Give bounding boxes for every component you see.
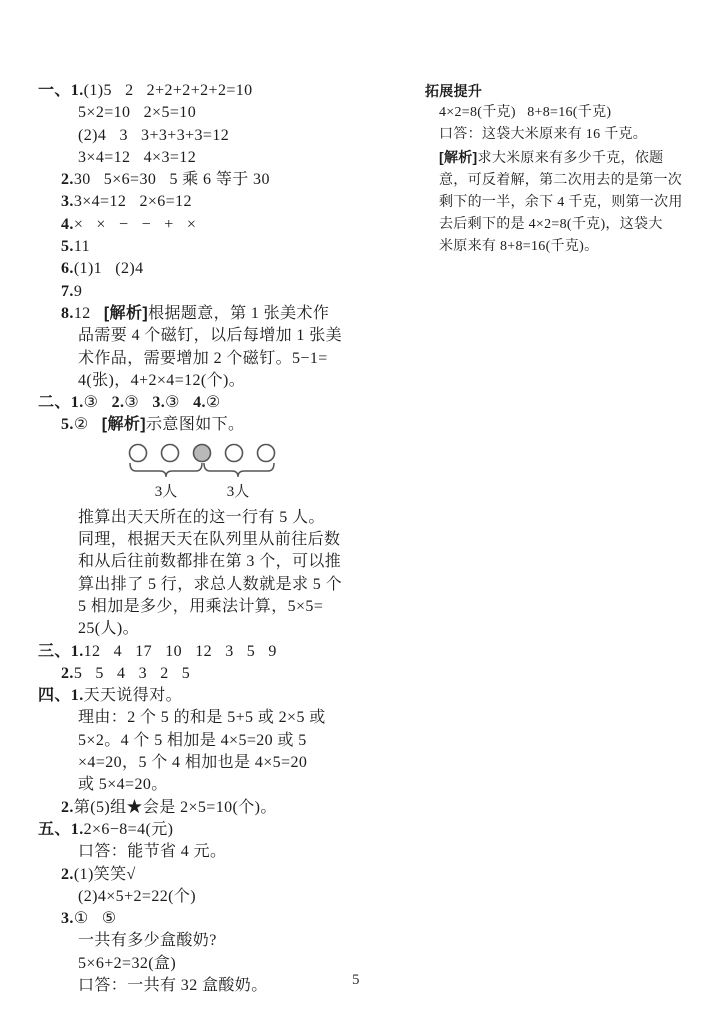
text-segment: (1)笑笑√ bbox=[74, 866, 136, 883]
text-line: 2.第(5)组★会是 2×5=10(个)。 bbox=[38, 797, 400, 819]
text-segment: 4(张)，4+2×4=12(个)。 bbox=[78, 372, 245, 389]
text-segment: 理由：2 个 5 的和是 5+5 或 2×5 或 bbox=[78, 709, 326, 726]
text-segment: 5×6+2=32(盒) bbox=[78, 955, 176, 972]
right-lines: 4×2=8(千克) 8+8=16(千克)口答：这袋大米原来有 16 千克。[解析… bbox=[425, 102, 709, 258]
text-line: 2.5 5 4 3 2 5 bbox=[38, 663, 400, 685]
text-segment: 求大米原来有多少千克，依题 bbox=[478, 151, 664, 166]
text-line: 2.(1)笑笑√ bbox=[38, 864, 400, 886]
text-segment: 2×6−8=4(元) bbox=[84, 821, 174, 838]
text-line: 一共有多少盒酸奶? bbox=[38, 930, 400, 952]
text-segment: ② bbox=[206, 394, 221, 411]
text-line: 4(张)，4+2×4=12(个)。 bbox=[38, 370, 400, 392]
text-line: 理由：2 个 5 的和是 5+5 或 2×5 或 bbox=[38, 707, 400, 729]
text-line: 二、1.③ 2.③ 3.③ 4.② bbox=[38, 392, 400, 414]
text-segment: 12 bbox=[74, 305, 104, 322]
text-segment: 去后剩下的是 4×2=8(千克)，这袋大 bbox=[439, 217, 663, 232]
text-line: 5×2=10 2×5=10 bbox=[38, 102, 400, 124]
text-segment: 四、1. bbox=[38, 687, 84, 704]
text-segment: 口答：一共有 32 盒酸奶。 bbox=[78, 977, 268, 994]
text-line: (2)4 3 3+3+3+3=12 bbox=[38, 125, 400, 147]
text-segment: 5 5 4 3 2 5 bbox=[74, 665, 190, 682]
text-segment: 5 相加是多少，用乘法计算，5×5= bbox=[78, 598, 323, 615]
text-line: 5 相加是多少，用乘法计算，5×5= bbox=[38, 596, 400, 618]
diagram-circle bbox=[130, 444, 147, 461]
text-segment: 3. bbox=[61, 193, 74, 210]
queue-diagram: 3人 3人 bbox=[128, 443, 400, 503]
text-line: 或 5×4=20。 bbox=[38, 774, 400, 796]
text-segment: 9 bbox=[74, 283, 82, 300]
text-line: 三、1.12 4 17 10 12 3 5 9 bbox=[38, 641, 400, 663]
text-segment: 5×2。4 个 5 相加是 4×5=20 或 5 bbox=[78, 732, 307, 749]
diagram-circles bbox=[130, 444, 275, 461]
text-segment: ×4=20，5 个 4 相加也是 4×5=20 bbox=[78, 754, 307, 771]
text-segment: ③ bbox=[124, 394, 152, 411]
text-segment: 5. bbox=[61, 238, 74, 255]
group-label: 3人 bbox=[155, 483, 178, 500]
text-segment: 30 5×6=30 5 乘 6 等于 30 bbox=[74, 171, 270, 188]
text-line: 剩下的一半，余下 4 千克，则第一次用 bbox=[425, 192, 709, 214]
diagram-circle bbox=[258, 444, 275, 461]
text-segment: 五、1. bbox=[38, 821, 84, 838]
text-segment: [解析] bbox=[102, 416, 146, 433]
text-line: 3×4=12 4×3=12 bbox=[38, 147, 400, 169]
text-segment: (1)5 2 2+2+2+2+2=10 bbox=[84, 82, 253, 99]
text-segment: 或 5×4=20。 bbox=[78, 776, 168, 793]
text-segment: 二、1. bbox=[38, 394, 84, 411]
workbook-answer-page: 一、1.(1)5 2 2+2+2+2+2=105×2=10 2×5=10(2)4… bbox=[0, 0, 725, 1024]
text-line: [解析]求大米原来有多少千克，依题 bbox=[425, 146, 709, 170]
text-line: 5.② [解析]示意图如下。 bbox=[38, 414, 400, 436]
diagram-circle bbox=[194, 444, 211, 461]
text-line: 4.× × − − + × bbox=[38, 214, 400, 236]
text-segment: 第(5)组★会是 2×5=10(个)。 bbox=[74, 799, 277, 816]
brace-right bbox=[204, 463, 274, 477]
text-segment: 和从后往前数都排在第 3 个，可以推 bbox=[78, 553, 341, 570]
text-line: 四、1.天天说得对。 bbox=[38, 685, 400, 707]
text-segment: 11 bbox=[74, 238, 90, 255]
text-segment: 2. bbox=[112, 394, 125, 411]
text-line: 7.9 bbox=[38, 281, 400, 303]
text-line: 5×2。4 个 5 相加是 4×5=20 或 5 bbox=[38, 730, 400, 752]
text-segment: 三、1. bbox=[38, 643, 84, 660]
text-line: 去后剩下的是 4×2=8(千克)，这袋大 bbox=[425, 214, 709, 236]
text-segment: (1)1 (2)4 bbox=[74, 260, 144, 277]
text-line: 品需要 4 个磁钉，以后每增加 1 张美 bbox=[38, 325, 400, 347]
text-segment: 2. bbox=[61, 799, 74, 816]
text-segment: [解析] bbox=[104, 305, 148, 322]
text-line: 意，可反着解，第二次用去的是第一次 bbox=[425, 170, 709, 192]
text-segment: 7. bbox=[61, 283, 74, 300]
text-segment: 6. bbox=[61, 260, 74, 277]
text-segment: 推算出天天所在的这一行有 5 人。 bbox=[78, 509, 325, 526]
text-segment: 4. bbox=[61, 216, 74, 233]
text-segment: 2. bbox=[61, 866, 74, 883]
left-lines-top: 一、1.(1)5 2 2+2+2+2+2=105×2=10 2×5=10(2)4… bbox=[38, 80, 400, 437]
text-line: 3.① ⑤ bbox=[38, 908, 400, 930]
diagram-circle bbox=[162, 444, 179, 461]
text-line: 3.3×4=12 2×6=12 bbox=[38, 191, 400, 213]
text-line: 口答：能节省 4 元。 bbox=[38, 841, 400, 863]
left-lines-bottom: 推算出天天所在的这一行有 5 人。同理，根据天天在队列里从前往后数和从后往前数都… bbox=[38, 507, 400, 998]
text-segment: 2. bbox=[61, 665, 74, 682]
text-line: 一、1.(1)5 2 2+2+2+2+2=10 bbox=[38, 80, 400, 102]
text-segment: 3. bbox=[152, 394, 165, 411]
extension-heading: 拓展提升 bbox=[425, 80, 709, 102]
answer-left-column: 一、1.(1)5 2 2+2+2+2+2=105×2=10 2×5=10(2)4… bbox=[38, 80, 400, 997]
text-segment: × × − − + × bbox=[74, 216, 197, 233]
text-line: 算出排了 5 行，求总人数就是求 5 个 bbox=[38, 574, 400, 596]
text-segment: (2)4 3 3+3+3+3=12 bbox=[78, 127, 229, 144]
diagram-circle bbox=[226, 444, 243, 461]
text-segment: 3×4=12 2×6=12 bbox=[74, 193, 192, 210]
text-segment: 口答：这袋大米原来有 16 千克。 bbox=[439, 127, 647, 142]
text-segment: 5. bbox=[61, 416, 74, 433]
text-segment: 3. bbox=[61, 910, 74, 927]
page-number: 5 bbox=[352, 972, 360, 989]
text-line: 6.(1)1 (2)4 bbox=[38, 258, 400, 280]
text-segment: 2. bbox=[61, 171, 74, 188]
text-line: 和从后往前数都排在第 3 个，可以推 bbox=[38, 551, 400, 573]
text-segment: 根据题意，第 1 张美术作 bbox=[148, 305, 329, 322]
text-segment: ② bbox=[74, 416, 102, 433]
group-label: 3人 bbox=[227, 483, 250, 500]
text-segment: 品需要 4 个磁钉，以后每增加 1 张美 bbox=[78, 327, 342, 344]
text-line: 2.30 5×6=30 5 乘 6 等于 30 bbox=[38, 169, 400, 191]
extension-right-column: 拓展提升 4×2=8(千克) 8+8=16(千克)口答：这袋大米原来有 16 千… bbox=[425, 80, 709, 258]
text-segment: 一共有多少盒酸奶? bbox=[78, 932, 217, 949]
text-segment: 25(人)。 bbox=[78, 620, 139, 637]
text-line: 口答：这袋大米原来有 16 千克。 bbox=[425, 124, 709, 146]
text-line: 同理，根据天天在队列里从前往后数 bbox=[38, 529, 400, 551]
text-segment: 算出排了 5 行，求总人数就是求 5 个 bbox=[78, 576, 342, 593]
text-segment: 8. bbox=[61, 305, 74, 322]
text-line: 5.11 bbox=[38, 236, 400, 258]
text-segment: ③ bbox=[84, 394, 112, 411]
text-line: 5×6+2=32(盒) bbox=[38, 953, 400, 975]
brace-left bbox=[130, 463, 202, 477]
text-segment: 口答：能节省 4 元。 bbox=[78, 843, 226, 860]
text-line: 口答：一共有 32 盒酸奶。 bbox=[38, 975, 400, 997]
text-line: 4×2=8(千克) 8+8=16(千克) bbox=[425, 102, 709, 124]
text-segment: ③ bbox=[165, 394, 193, 411]
text-segment: 天天说得对。 bbox=[84, 687, 182, 704]
text-segment: ① ⑤ bbox=[74, 910, 117, 927]
text-segment: 5×2=10 2×5=10 bbox=[78, 104, 196, 121]
text-segment: [解析] bbox=[439, 149, 478, 165]
text-line: (2)4×5+2=22(个) bbox=[38, 886, 400, 908]
queue-diagram-svg: 3人 3人 bbox=[128, 443, 288, 501]
text-segment: 剩下的一半，余下 4 千克，则第一次用 bbox=[439, 195, 683, 210]
text-segment: 3×4=12 4×3=12 bbox=[78, 149, 196, 166]
text-line: 25(人)。 bbox=[38, 618, 400, 640]
text-segment: 4×2=8(千克) 8+8=16(千克) bbox=[439, 105, 611, 120]
text-line: 米原来有 8+8=16(千克)。 bbox=[425, 236, 709, 258]
text-segment: 一、1. bbox=[38, 82, 84, 99]
text-line: 五、1.2×6−8=4(元) bbox=[38, 819, 400, 841]
text-segment: (2)4×5+2=22(个) bbox=[78, 888, 196, 905]
text-segment: 米原来有 8+8=16(千克)。 bbox=[439, 239, 598, 254]
text-line: 术作品，需要增加 2 个磁钉。5−1= bbox=[38, 348, 400, 370]
text-line: ×4=20，5 个 4 相加也是 4×5=20 bbox=[38, 752, 400, 774]
text-segment: 4. bbox=[193, 394, 206, 411]
text-segment: 示意图如下。 bbox=[146, 416, 244, 433]
text-line: 8.12 [解析]根据题意，第 1 张美术作 bbox=[38, 303, 400, 325]
text-segment: 意，可反着解，第二次用去的是第一次 bbox=[439, 173, 682, 188]
text-segment: 同理，根据天天在队列里从前往后数 bbox=[78, 531, 340, 548]
text-segment: 12 4 17 10 12 3 5 9 bbox=[84, 643, 277, 660]
text-line: 推算出天天所在的这一行有 5 人。 bbox=[38, 507, 400, 529]
text-segment: 术作品，需要增加 2 个磁钉。5−1= bbox=[78, 350, 328, 367]
